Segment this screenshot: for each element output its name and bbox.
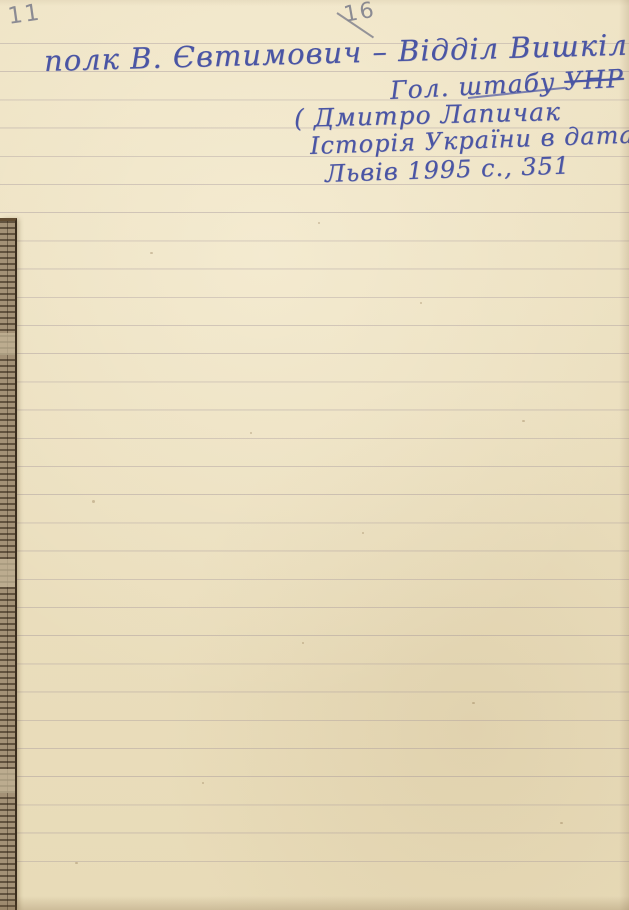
handwriting-line-2-struck-word: УНР <box>563 64 624 96</box>
paper-speck <box>302 642 304 644</box>
paper-speck <box>420 302 422 304</box>
strip-light-patch <box>0 769 15 793</box>
paper-speck <box>560 822 563 824</box>
paper-speck <box>522 420 525 422</box>
paper-speck <box>75 862 78 864</box>
strip-light-patch <box>0 559 15 587</box>
strip-light-patch <box>0 333 15 355</box>
paper-speck <box>150 252 153 254</box>
pencil-page-number-left: 11 <box>6 0 43 30</box>
paper-speck <box>472 702 475 704</box>
paper-speck <box>92 500 95 503</box>
paper-speck <box>250 432 252 434</box>
scanned-page: 11 16 полк В. Євтимович – Відділ Вишкіль… <box>0 0 629 910</box>
pencil-page-number-center: 16 <box>342 0 378 28</box>
paper-speck <box>318 222 320 224</box>
paper-speck <box>362 532 364 534</box>
torn-binding-strip <box>0 218 17 910</box>
paper-speck <box>202 782 204 784</box>
